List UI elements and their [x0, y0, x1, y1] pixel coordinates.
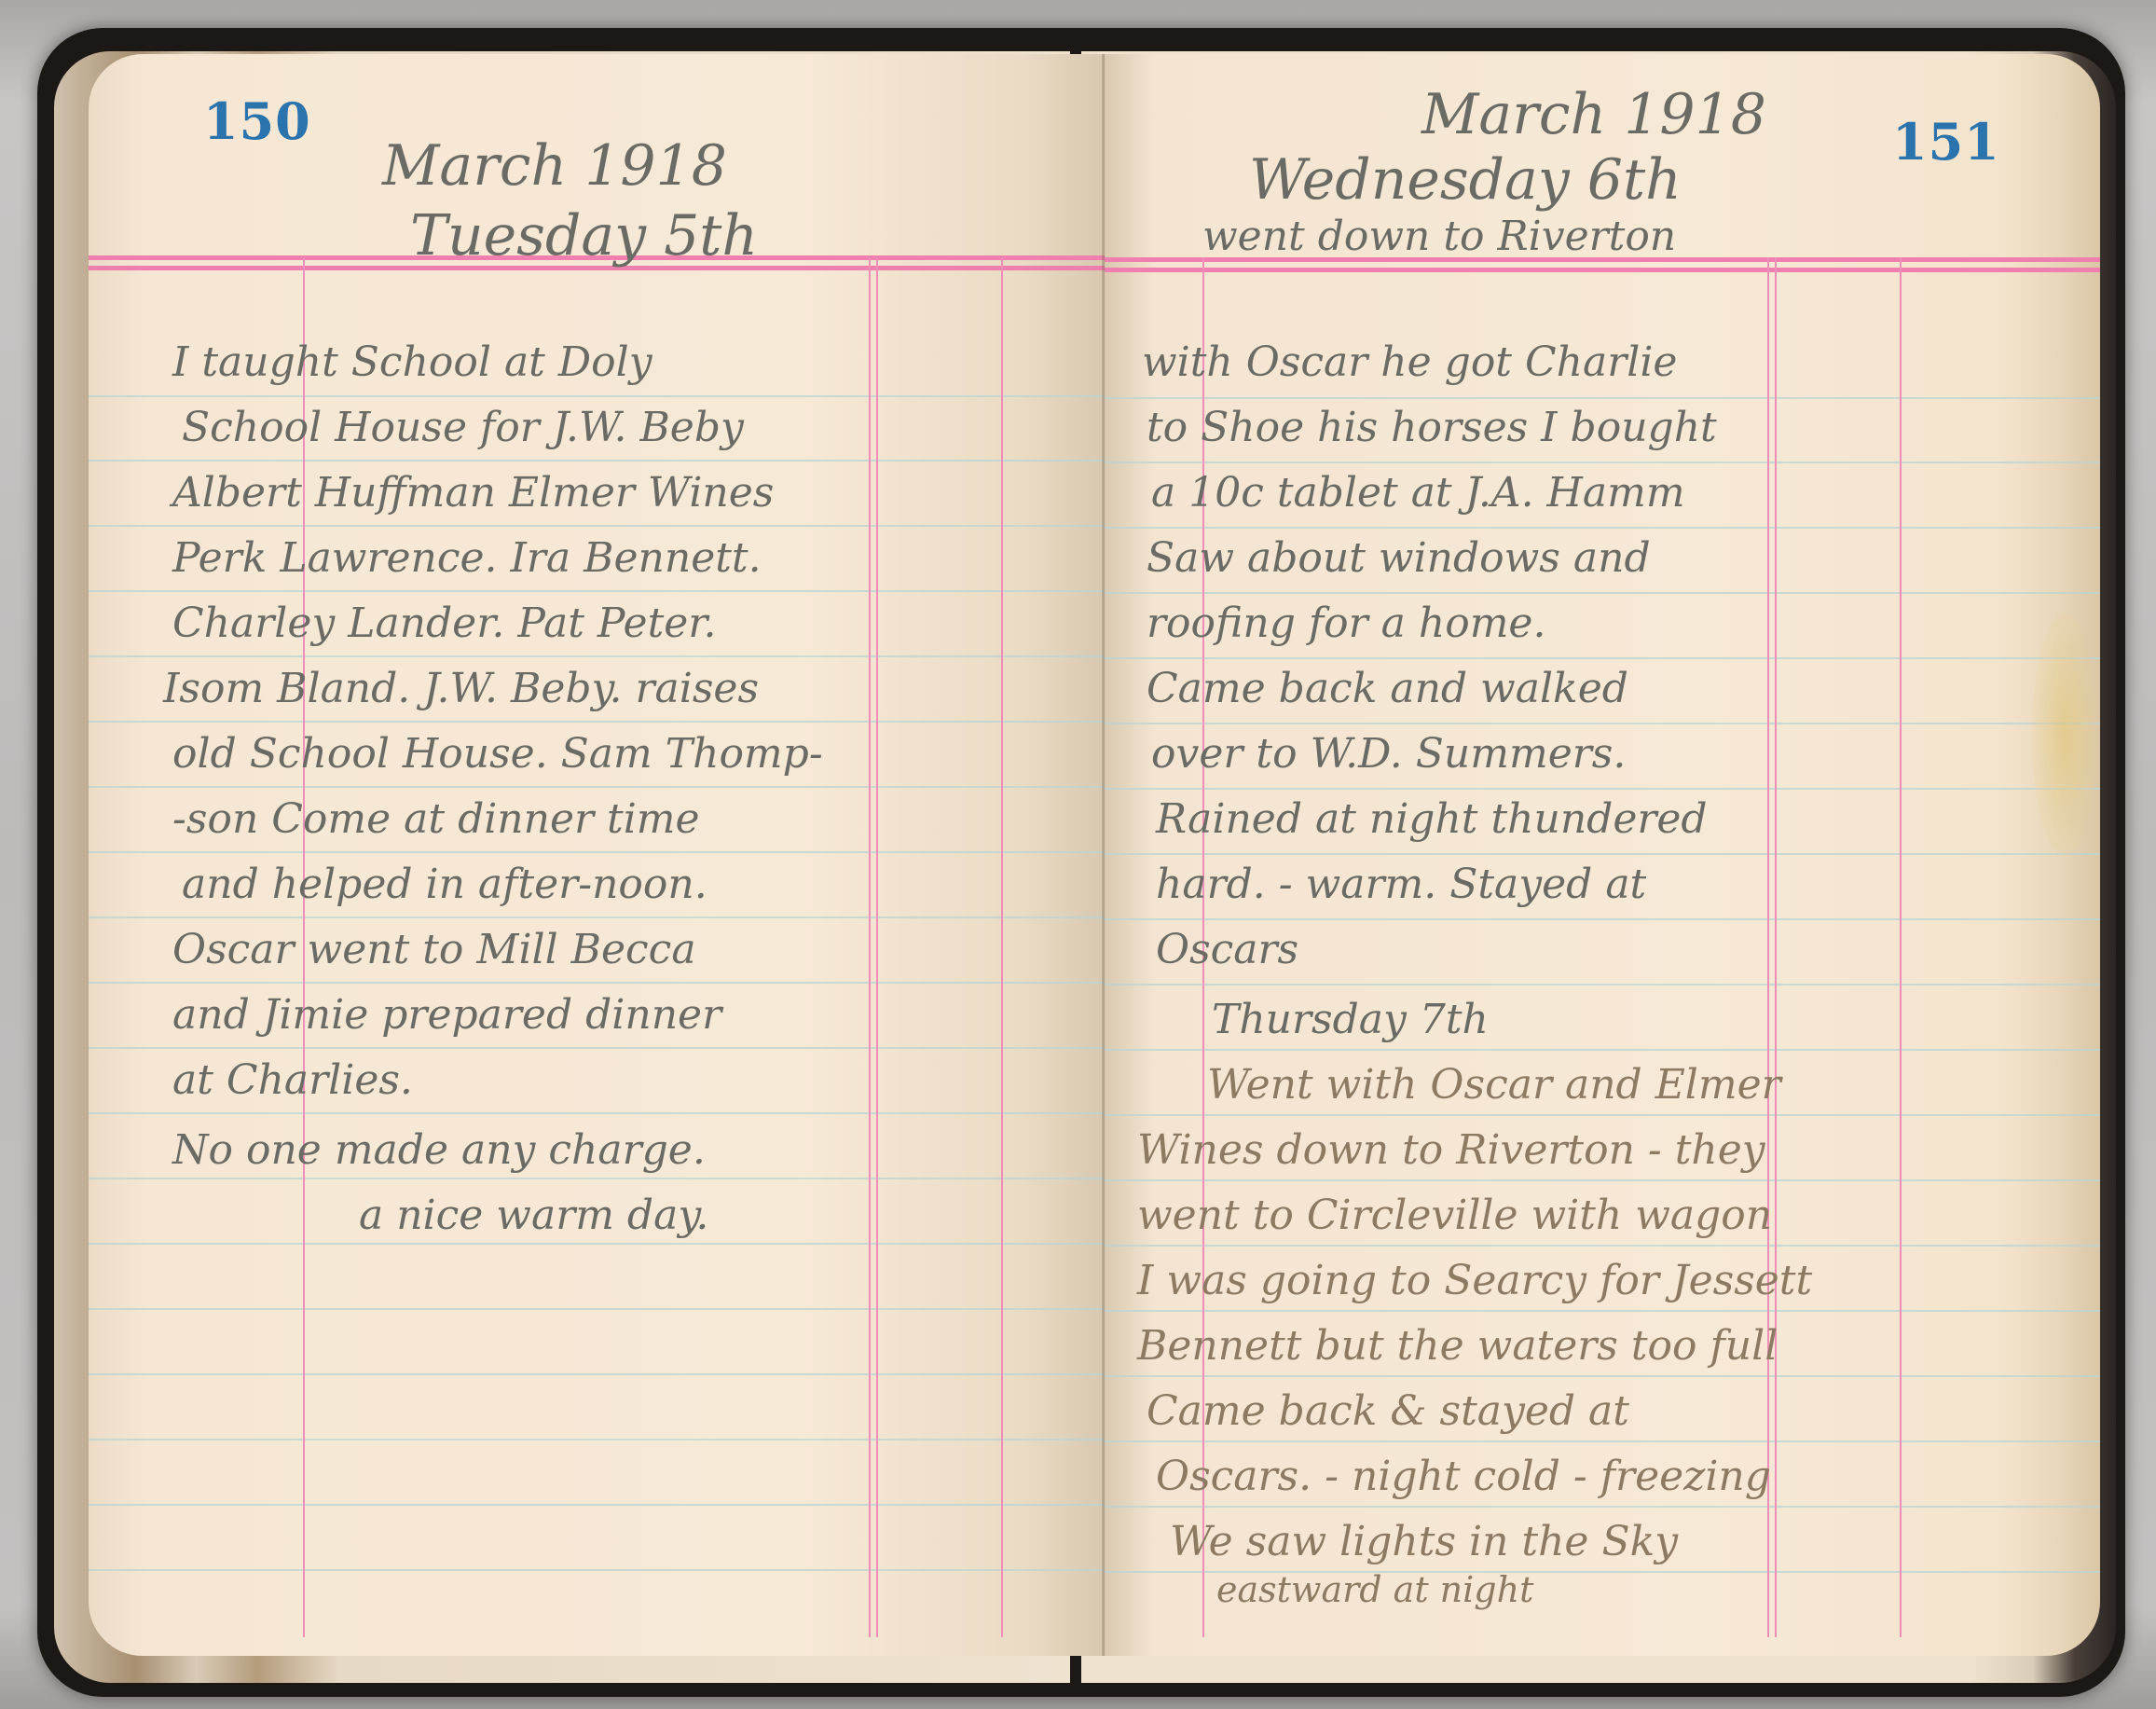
ruled-line: [1105, 1506, 2100, 1508]
page-number: 150: [203, 91, 311, 151]
entry-line: and helped in after-noon.: [182, 861, 707, 908]
ruled-line: [89, 460, 1105, 462]
entry-line: Went with Oscar and Elmer: [1207, 1061, 1781, 1109]
entry-line: No one made any charge.: [172, 1126, 706, 1174]
entry-line: Rained at night thundered: [1156, 795, 1708, 843]
entry-line: Wines down to Riverton - they: [1137, 1126, 1765, 1174]
ruled-line: [1105, 788, 2100, 790]
ruled-line: [89, 917, 1105, 918]
entry-line: I taught School at Doly: [172, 338, 652, 386]
entry-line: eastward at night: [1216, 1569, 1533, 1610]
entry-line: with Oscar he got Charlie: [1142, 338, 1677, 386]
ruled-line: [1105, 1310, 2100, 1312]
header-month-year: March 1918: [1421, 82, 1766, 147]
entry-line: Came back & stayed at: [1147, 1387, 1629, 1435]
ruled-line: [89, 1047, 1105, 1049]
entry-line: Oscar went to Mill Becca: [172, 926, 696, 973]
entry-line: Oscars. - night cold - freezing: [1156, 1453, 1771, 1500]
ruled-line: [1105, 853, 2100, 855]
header-line: went down to Riverton: [1202, 213, 1676, 260]
header-day: Wednesday 6th: [1249, 147, 1682, 213]
header-month-year: March 1918: [382, 133, 727, 199]
ruled-line: [1105, 1375, 2100, 1377]
ruled-line: [1105, 984, 2100, 985]
entry-line: Oscars: [1156, 926, 1298, 973]
entry-line: Saw about windows and: [1147, 534, 1651, 582]
entry-line: Isom Bland. J.W. Beby. raises: [163, 665, 759, 712]
ruled-line: [89, 721, 1105, 723]
ruled-line: [89, 1504, 1105, 1506]
column-rule: [1001, 257, 1003, 1637]
page-number: 151: [1892, 112, 2000, 172]
ruled-line: [1105, 1245, 2100, 1247]
entry-line: to Shoe his horses I bought: [1147, 404, 1717, 451]
ruled-line: [89, 786, 1105, 788]
ruled-line: [89, 1243, 1105, 1245]
ruled-line: [89, 1439, 1105, 1440]
ruled-line: [1105, 527, 2100, 529]
ruled-line: [1105, 397, 2100, 399]
ruled-line: [1105, 723, 2100, 724]
entry-line: a 10c tablet at J.A. Hamm: [1151, 469, 1685, 517]
ruled-line: [1105, 462, 2100, 463]
water-stain: [2032, 613, 2097, 856]
entry-line: and Jimie prepared dinner: [172, 991, 721, 1039]
ruled-line: [89, 1178, 1105, 1179]
column-rule: [869, 257, 871, 1637]
entry-line: Perk Lawrence. Ira Bennett.: [172, 534, 762, 582]
left-page: 150 March 1918 Tuesday 5th I taught Scho…: [89, 54, 1105, 1656]
ruled-line: [89, 395, 1105, 397]
ruled-line: [1105, 1179, 2100, 1181]
ruled-line: [1105, 1049, 2100, 1051]
ruled-line: [89, 982, 1105, 984]
ruled-line: [89, 851, 1105, 853]
entry-line: over to W.D. Summers.: [1151, 730, 1626, 778]
entry-line: at Charlies.: [172, 1056, 413, 1104]
column-rule: [876, 257, 878, 1637]
ruled-line: [1105, 918, 2100, 920]
header-day: Tuesday 5th: [410, 203, 758, 269]
entry-line: a nice warm day.: [359, 1192, 708, 1239]
entry-line: We saw lights in the Sky: [1170, 1518, 1678, 1565]
ruled-line: [1105, 657, 2100, 659]
column-rule: [1900, 257, 1902, 1637]
entry-line: Charley Lander. Pat Peter.: [172, 600, 717, 647]
ruled-line: [89, 1569, 1105, 1571]
ruled-line: [89, 1308, 1105, 1310]
ruled-line: [89, 525, 1105, 527]
column-rule: [1767, 257, 1769, 1637]
entry-line: School House for J.W. Beby: [182, 404, 744, 451]
ruled-line: [1105, 592, 2100, 594]
header-rule: [1105, 268, 2100, 272]
entry-line: I was going to Searcy for Jessett: [1137, 1257, 1812, 1304]
ruled-line: [89, 655, 1105, 657]
ruled-line: [89, 590, 1105, 592]
entry-line: Bennett but the waters too full: [1137, 1322, 1778, 1370]
column-rule: [1775, 257, 1777, 1637]
entry-line: Albert Huffman Elmer Wines: [172, 469, 774, 517]
entry-line: roofing for a home.: [1147, 600, 1545, 647]
entry-line: hard. - warm. Stayed at: [1156, 861, 1646, 908]
ruled-line: [89, 1112, 1105, 1114]
second-entry-day: Thursday 7th: [1212, 996, 1489, 1043]
entry-line: -son Come at dinner time: [172, 795, 700, 843]
entry-line: old School House. Sam Thomp-: [172, 730, 823, 778]
entry-line: went to Circleville with wagon: [1137, 1192, 1772, 1239]
entry-line: Came back and walked: [1147, 665, 1628, 712]
ruled-line: [1105, 1114, 2100, 1116]
ruled-line: [1105, 1440, 2100, 1442]
ruled-line: [89, 1373, 1105, 1375]
right-page: 151 March 1918 Wednesday 6th went down t…: [1105, 54, 2100, 1656]
